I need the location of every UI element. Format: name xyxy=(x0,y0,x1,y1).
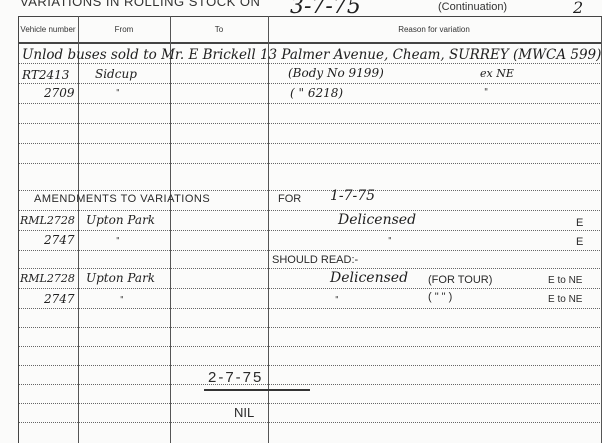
code: E xyxy=(576,236,583,248)
row-line xyxy=(19,103,600,104)
vehicle-number: 2747 xyxy=(44,233,75,247)
amendments-heading: AMENDMENTS TO VARIATIONS xyxy=(34,193,210,205)
row-line xyxy=(19,250,600,251)
from-garage: Upton Park xyxy=(86,271,155,285)
from-ditto: " xyxy=(116,236,120,245)
from-garage: Upton Park xyxy=(86,213,155,227)
row-line xyxy=(19,143,600,144)
from-ditto: " xyxy=(116,88,120,97)
from-ditto: " xyxy=(120,295,124,304)
row-line xyxy=(19,422,600,423)
vehicle-number: RT2413 xyxy=(22,68,69,82)
form-title: VARIATIONS IN ROLLING STOCK ON xyxy=(20,0,260,9)
row-line xyxy=(19,210,600,211)
amendments-date: 1-7-75 xyxy=(330,188,375,204)
nil-entry: NIL xyxy=(234,405,254,420)
vehicle-number: RML2728 xyxy=(20,272,75,285)
vehicle-number: RML2728 xyxy=(20,214,75,227)
continuation-label: (Continuation) xyxy=(438,1,507,13)
col-header-vehicle: Vehicle number xyxy=(18,16,78,42)
reason-ditto: " xyxy=(388,236,392,245)
row-line xyxy=(19,384,600,385)
row-line xyxy=(19,403,600,404)
code: E xyxy=(576,217,583,229)
code: E to NE xyxy=(548,294,582,305)
should-read-label: SHOULD READ:- xyxy=(272,254,358,266)
row-line xyxy=(19,163,600,164)
date-underline xyxy=(204,389,310,391)
reason: Delicensed xyxy=(338,212,416,228)
row-line xyxy=(19,346,600,347)
row-line xyxy=(19,123,600,124)
note: ex NE xyxy=(480,67,514,80)
row-line xyxy=(19,190,600,191)
row-line xyxy=(19,230,600,231)
col-header-to: To xyxy=(170,16,268,42)
row-line xyxy=(19,83,600,84)
row-line xyxy=(19,308,600,309)
col-header-reason: Reason for variation xyxy=(268,16,600,42)
row-line xyxy=(19,268,600,269)
row-line xyxy=(19,63,600,64)
from-garage: Sidcup xyxy=(95,67,137,81)
reason: ( " 6218) xyxy=(290,86,343,100)
next-date: 2-7-75 xyxy=(208,369,263,386)
row-line xyxy=(19,288,600,289)
reason-ditto: " xyxy=(335,295,339,304)
reason-extra: (FOR TOUR) xyxy=(428,274,492,286)
row-line xyxy=(19,365,600,366)
col-header-from: From xyxy=(78,16,170,42)
row-line xyxy=(19,327,600,328)
amendments-for: FOR xyxy=(278,193,301,205)
reason: (Body No 9199) xyxy=(288,66,384,80)
vehicle-number: 2709 xyxy=(44,86,75,100)
reason: Delicensed xyxy=(330,270,408,286)
note: " xyxy=(484,88,488,98)
reason-extra: ( " " ) xyxy=(428,291,452,303)
table-header: Vehicle number From To Reason for variat… xyxy=(18,16,601,44)
page-number: 2 xyxy=(573,0,583,17)
sale-note: Unlod buses sold to Mr. E Brickell 13 Pa… xyxy=(22,47,601,63)
vehicle-number: 2747 xyxy=(44,292,75,306)
code: E to NE xyxy=(548,275,582,286)
